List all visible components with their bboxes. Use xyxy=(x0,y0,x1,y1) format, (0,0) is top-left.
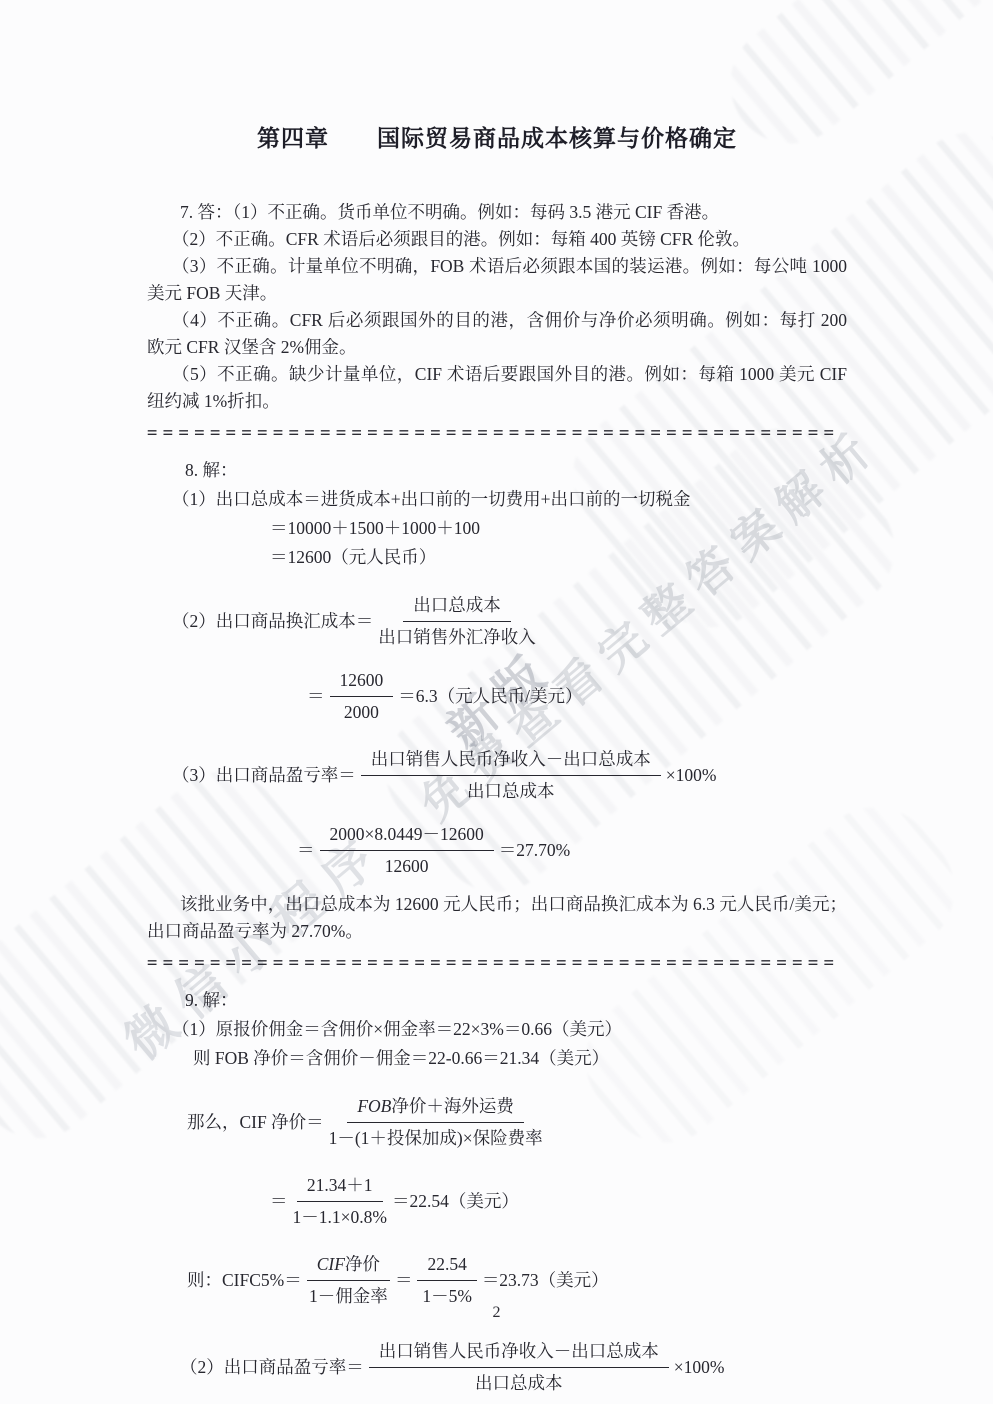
fob-abbr: FOB xyxy=(357,1096,391,1116)
fraction: 21.34＋1 1－1.1×0.8% xyxy=(293,1173,387,1230)
equation-lhs: ＝ xyxy=(307,684,325,709)
fraction: 12600 2000 xyxy=(330,668,394,725)
equation-rhs: ＝27.70% xyxy=(499,838,570,863)
equation-profit-loss-rate: （3）出口商品盈亏率＝ 出口销售人民币净收入－出口总成本 出口总成本 ×100% xyxy=(172,747,847,804)
fraction: 2000×8.0449－12600 12600 xyxy=(320,822,494,879)
formula-line: ＝12600（元人民币） xyxy=(270,544,847,571)
equation-rhs: ＝23.73（美元） xyxy=(482,1268,609,1293)
equation-exchange-cost-value: ＝ 12600 2000 ＝6.3（元人民币/美元） xyxy=(307,668,847,725)
question-8-answer: 8. 解： （1）出口总成本＝进货成本+出口前的一切费用+出口前的一切税金 ＝1… xyxy=(147,457,847,945)
fraction: FOB净价＋海外运费 1－(1＋投保加成)×保险费率 xyxy=(329,1094,543,1151)
fraction-numerator: 出口总成本 xyxy=(403,593,511,622)
answer-line: （4）不正确。CFR 后必须跟国外的目的港，含佣价与净价必须明确。例如：每打 2… xyxy=(147,307,847,361)
fraction: 出口销售人民币净收入－出口总成本 出口总成本 xyxy=(361,747,661,804)
formula-line: （1）出口总成本＝进货成本+出口前的一切费用+出口前的一切税金 xyxy=(172,486,847,513)
equation-rhs: ×100% xyxy=(674,1355,725,1380)
fraction: 出口总成本 出口销售外汇净收入 xyxy=(378,593,536,650)
numerator-text: 净价 xyxy=(345,1254,380,1274)
answer-line: （3）不正确。计量单位不明确，FOB 术语后必须跟本国的装运港。例如：每公吨 1… xyxy=(147,253,847,307)
section-separator: ========================================… xyxy=(147,423,847,443)
equation-cif-net-price: 那么，CIF 净价＝ FOB净价＋海外运费 1－(1＋投保加成)×保险费率 xyxy=(187,1094,847,1151)
equation-equals: ＝ xyxy=(395,1268,413,1293)
equation-cifc5: 则：CIFC5%＝ CIF净价 1－佣金率 ＝ 22.54 1－5% ＝23.7… xyxy=(187,1252,847,1309)
answer-line: 7. 答：（1）不正确。货币单位不明确。例如：每码 3.5 港元 CIF 香港。 xyxy=(147,199,847,226)
fraction-denominator: 出口总成本 xyxy=(475,1368,563,1396)
equation-lhs: ＝ xyxy=(270,1189,288,1214)
equation-rhs: ＝22.54（美元） xyxy=(392,1189,519,1214)
answer-line: （5）不正确。缺少计量单位，CIF 术语后要跟国外目的港。例如：每箱 1000 … xyxy=(147,361,847,415)
fraction-numerator: 2000×8.0449－12600 xyxy=(320,822,494,851)
fraction-denominator: 1－(1＋投保加成)×保险费率 xyxy=(329,1123,543,1151)
formula-line: 则 FOB 净价＝含佣价－佣金＝22-0.66＝21.34（美元） xyxy=(193,1045,847,1072)
equation-rhs: ×100% xyxy=(666,763,717,788)
answer-heading: 8. 解： xyxy=(147,457,847,484)
equation-lhs: ＝ xyxy=(297,838,315,863)
answer-line: （2）不正确。CFR 术语后必须跟目的港。例如：每箱 400 英镑 CFR 伦敦… xyxy=(147,226,847,253)
question-9-answer: 9. 解： （1）原报价佣金＝含佣价×佣金率＝22×3%＝0.66（美元） 则 … xyxy=(147,987,847,1396)
equation-lhs: （2）出口商品换汇成本＝ xyxy=(172,609,373,634)
formula-line: （1）原报价佣金＝含佣价×佣金率＝22×3%＝0.66（美元） xyxy=(172,1016,847,1043)
fraction: CIF净价 1－佣金率 xyxy=(307,1252,390,1309)
page-content: 第四章 国际贸易商品成本核算与价格确定 7. 答：（1）不正确。货币单位不明确。… xyxy=(147,0,847,1396)
fraction-denominator: 出口销售外汇净收入 xyxy=(378,622,536,650)
fraction-numerator: CIF净价 xyxy=(307,1252,390,1281)
question-7-answer: 7. 答：（1）不正确。货币单位不明确。例如：每码 3.5 港元 CIF 香港。… xyxy=(147,199,847,415)
equation-lhs: 则：CIFC5%＝ xyxy=(187,1268,302,1293)
fraction-numerator: 22.54 xyxy=(417,1252,476,1281)
document-page: 微信小程序 新版 免费查看完整答案解析 第四章 国际贸易商品成本核算与价格确定 … xyxy=(0,0,993,1404)
equation-profit-loss-rate-2: （2）出口商品盈亏率＝ 出口销售人民币净收入－出口总成本 出口总成本 ×100% xyxy=(180,1339,847,1396)
fraction-denominator: 出口总成本 xyxy=(467,776,555,804)
equation-cif-net-value: ＝ 21.34＋1 1－1.1×0.8% ＝22.54（美元） xyxy=(270,1173,847,1230)
fraction-denominator: 12600 xyxy=(385,851,429,879)
equation-profit-loss-value: ＝ 2000×8.0449－12600 12600 ＝27.70% xyxy=(297,822,847,879)
answer-summary: 该批业务中，出口总成本为 12600 元人民币；出口商品换汇成本为 6.3 元人… xyxy=(147,891,847,945)
chapter-title: 第四章 国际贸易商品成本核算与价格确定 xyxy=(147,120,847,153)
numerator-text: 净价＋海外运费 xyxy=(391,1096,514,1116)
equation-lhs: 那么，CIF 净价＝ xyxy=(187,1110,324,1135)
fraction-denominator: 2000 xyxy=(344,697,379,725)
answer-heading: 9. 解： xyxy=(147,987,847,1014)
fraction: 出口销售人民币净收入－出口总成本 出口总成本 xyxy=(369,1339,669,1396)
equation-rhs: ＝6.3（元人民币/美元） xyxy=(398,684,582,709)
section-separator: ========================================… xyxy=(147,953,847,973)
equation-lhs: （2）出口商品盈亏率＝ xyxy=(180,1355,364,1380)
fraction-numerator: 出口销售人民币净收入－出口总成本 xyxy=(369,1339,669,1368)
fraction-denominator: 1－1.1×0.8% xyxy=(293,1202,387,1230)
formula-line: ＝10000＋1500＋1000＋100 xyxy=(270,515,847,542)
equation-lhs: （3）出口商品盈亏率＝ xyxy=(172,763,356,788)
fraction-numerator: 12600 xyxy=(330,668,394,697)
page-number: 2 xyxy=(0,1304,993,1322)
fraction-numerator: FOB净价＋海外运费 xyxy=(347,1094,524,1123)
fraction-numerator: 出口销售人民币净收入－出口总成本 xyxy=(361,747,661,776)
fraction: 22.54 1－5% xyxy=(417,1252,476,1309)
cif-abbr: CIF xyxy=(317,1254,345,1274)
fraction-numerator: 21.34＋1 xyxy=(297,1173,383,1202)
equation-exchange-cost: （2）出口商品换汇成本＝ 出口总成本 出口销售外汇净收入 xyxy=(172,593,847,650)
